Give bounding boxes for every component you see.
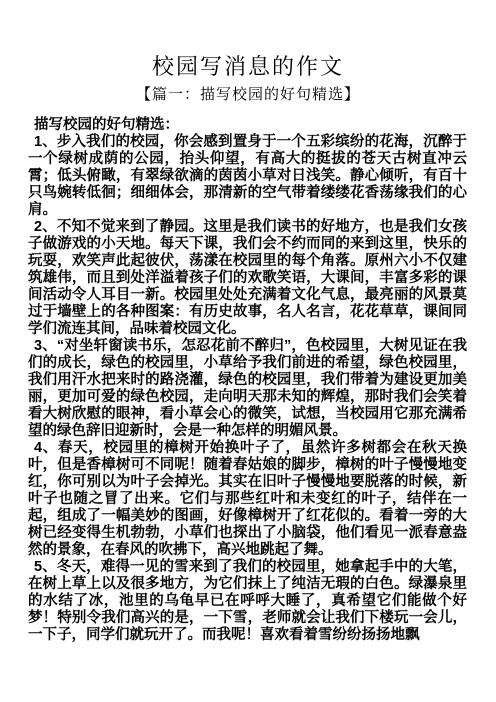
document-title: 校园写消息的作文 [0,52,496,82]
body-intro-line: 描写校园的好句精选： [28,117,467,134]
paragraph-1: 1、步入我们的校园，你会感到置身于一个五彩缤纷的花海，沉醉于一个绿树成荫的公园，… [28,134,467,219]
document-subtitle: 【篇一：描写校园的好句精选】 [0,85,496,105]
document-page: 校园写消息的作文 【篇一：描写校园的好句精选】 描写校园的好句精选： 1、步入我… [0,0,496,702]
paragraph-5: 5、冬天，难得一见的雪来到了我们的校园里，她拿起手中的大笔，在树上草上以及很多地… [28,559,467,644]
document-body: 描写校园的好句精选： 1、步入我们的校园，你会感到置身于一个五彩缤纷的花海，沉醉… [28,117,467,644]
paragraph-2: 2、不知不觉来到了静园。这里是我们读书的好地方，也是我们女孩子做游戏的小天地。每… [28,219,467,338]
paragraph-3: 3、“对坐轩窗读书乐，怎忍花前不醉归”，色校园里，大树见证在我们的成长，绿色的校… [28,338,467,440]
paragraph-4: 4、春天，校园里的樟树开始换叶子了，虽然许多树都会在秋天换叶，但是香樟树可不同呢… [28,440,467,559]
